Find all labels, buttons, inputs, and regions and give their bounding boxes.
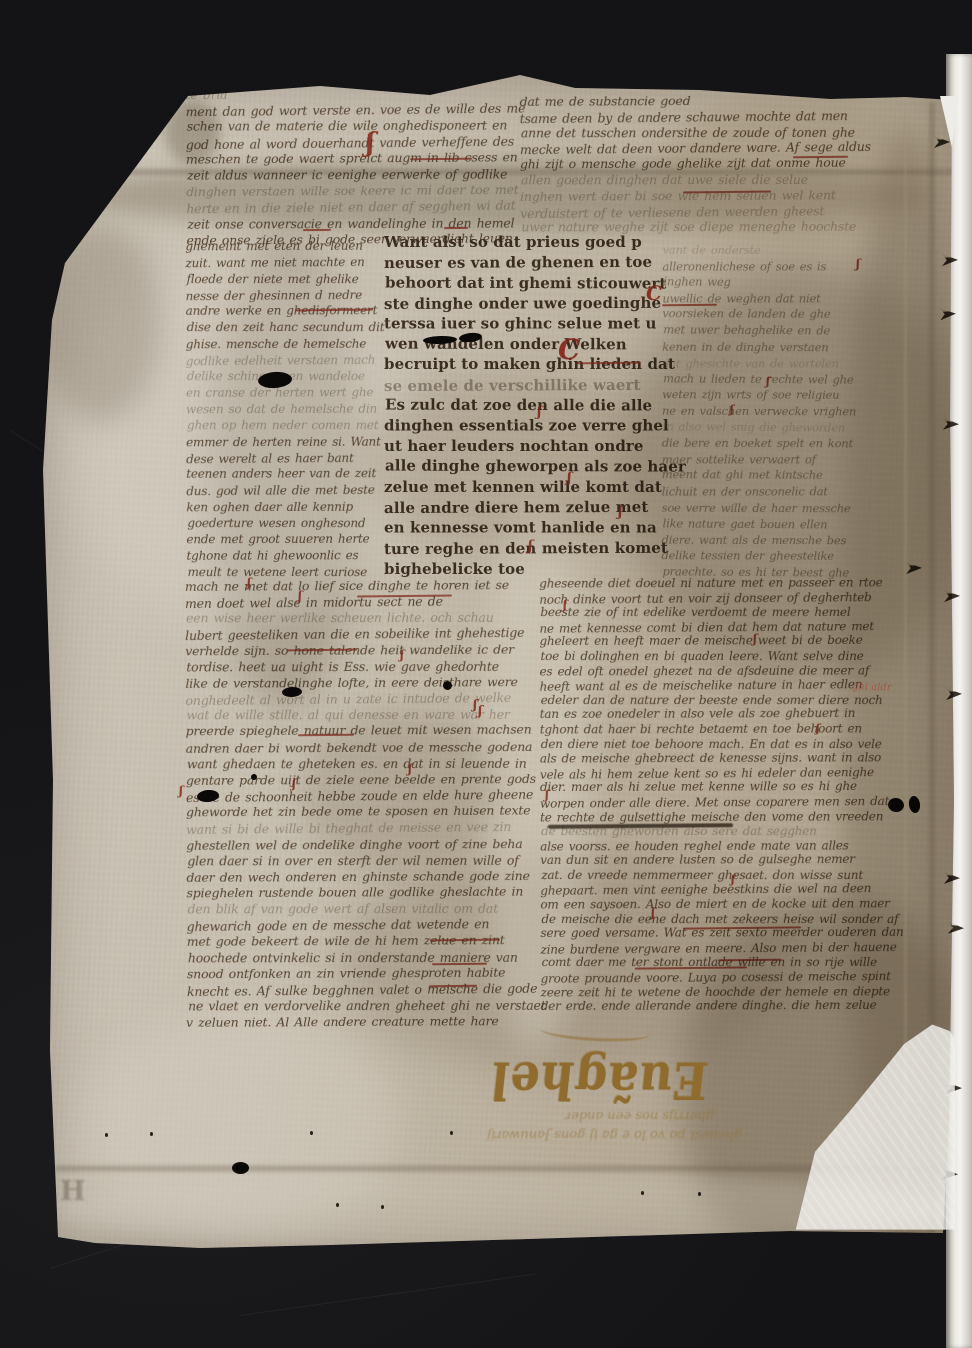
manuscript-line: ende met groot suueren herte bbox=[186, 531, 378, 548]
manuscript-line: es edel oft onedel ghezet na de afsdeuin… bbox=[540, 663, 860, 679]
manuscript-line: dise den zeit hanc secundum dit bbox=[187, 319, 379, 335]
manuscript-line: den blik af van gode wert af alsen vital… bbox=[188, 901, 510, 918]
manuscript-line: die bere en boeket spelt en kont bbox=[662, 435, 860, 452]
manuscript-line: zeit aldus wanneer ic eenighe eerwerke o… bbox=[187, 166, 505, 183]
manuscript-line: preerde spieghele natuur de leuet mit we… bbox=[186, 722, 508, 740]
manuscript-line: zuit. want me niet machte en bbox=[185, 254, 377, 272]
manuscript-line: glen daer si in over en sterft der wil n… bbox=[187, 852, 509, 869]
rubric-paraph-mark: ʃ bbox=[366, 130, 375, 156]
sewing-stitch bbox=[942, 254, 958, 266]
manuscript-line: als de meische ghebreect de kenesse sijn… bbox=[540, 751, 860, 767]
inscription-note-line: gheuest po vo lo e ga ij gons Januwarij bbox=[452, 1125, 742, 1144]
inscription-note-line: gherrijs nos een ander bbox=[452, 1106, 742, 1125]
rubric-paraph-mark: ʃ bbox=[567, 471, 572, 485]
text-block-mid-right-gloss: vant de onderstealleronenlichese of soe … bbox=[661, 242, 860, 581]
manuscript-line: snood ontfonken an zin vriende ghesprote… bbox=[187, 965, 509, 983]
manuscript-line: maer sottelike verwaert of bbox=[662, 452, 860, 468]
pricking-hole bbox=[105, 1133, 108, 1137]
manuscript-line: te rechte de gulsettighe meische den vom… bbox=[540, 809, 860, 825]
text-block-top-left-gloss: te briament dan god wort verste en. voe … bbox=[185, 85, 504, 249]
manuscript-line: dus. god wil alle die met beste bbox=[186, 482, 378, 500]
manuscript-line: ste dinghe onder uwe goedinghe bbox=[384, 293, 656, 315]
rubric-paraph-mark: ʃ bbox=[292, 778, 296, 790]
rubric-paraph-mark: ʃ bbox=[545, 789, 549, 801]
parchment-hole bbox=[887, 797, 905, 814]
manuscript-line: ne vlaet en verdorvelike andren gheheet … bbox=[188, 998, 510, 1015]
manuscript-line: dier. maer als hi zelue met kenne wille … bbox=[540, 779, 860, 795]
parchment-hole bbox=[232, 1162, 249, 1174]
rubric-paraph-mark: ʃ bbox=[651, 907, 655, 919]
manuscript-line: mach u lieden te rechte wel ghe bbox=[663, 370, 861, 387]
sewing-stitch bbox=[906, 562, 922, 574]
pricking-hole bbox=[381, 1205, 384, 1209]
manuscript-line: neuser es van de ghenen en toe bbox=[384, 252, 656, 274]
manuscript-line: like nature gaet bouen ellen bbox=[663, 515, 861, 532]
manuscript-line: gheseende diet doeuel ni nature met en p… bbox=[539, 575, 859, 591]
manuscript-line: worpen onder alle diere. Met onse copare… bbox=[540, 794, 860, 811]
manuscript-line: behoort dat int ghemi sticouwert bbox=[385, 272, 657, 293]
sewing-stitch bbox=[944, 872, 960, 884]
manuscript-line: tan es zoe onedeler in also vele als zoe… bbox=[540, 706, 860, 722]
sewing-stitch bbox=[943, 418, 959, 431]
manuscript-line: dinghen essentials zoe verre ghel bbox=[384, 415, 656, 435]
manuscript-line: toe bi dolinghen en bi quaden leere. Wan… bbox=[541, 649, 861, 664]
rubric-paraph-mark: ʃ bbox=[816, 723, 820, 734]
rubric-underline bbox=[444, 227, 468, 229]
manuscript-line: inghen weg bbox=[663, 274, 861, 291]
manuscript-line: soe verre wille de haer messche bbox=[662, 499, 860, 516]
manuscript-line: tsame deen by de andere schauwe mochte d… bbox=[520, 108, 868, 127]
rubric-paraph-mark: ʃ bbox=[563, 599, 567, 611]
rubric-initial: C bbox=[558, 336, 580, 364]
manuscript-line: alleronenlichese of soe es is bbox=[662, 258, 860, 274]
manuscript-line: allen goeden dinghen dat uwe siele die s… bbox=[521, 172, 869, 188]
manuscript-line: ut haer leuders nochtan ondre bbox=[384, 436, 656, 456]
rubric-paraph-mark: ʃ bbox=[618, 505, 623, 519]
text-block-low-right-gloss: gheseende diet doeuel ni nature met en p… bbox=[539, 575, 861, 1014]
manuscript-line: tghont dat haer bi rechte betaemt en toe… bbox=[540, 721, 860, 737]
manuscript-line: meent dat ghi met kintsche bbox=[662, 467, 860, 484]
manuscript-line: vant de onderste bbox=[663, 242, 861, 259]
inscription-notes: gheuest po vo lo e ga ij gons Januwarij … bbox=[452, 1094, 742, 1144]
manuscript-line: tordise. heet ua uight is Ess. wie gave … bbox=[186, 658, 508, 675]
manuscript-line: der erde. ende allerande andere dinghe. … bbox=[541, 998, 861, 1014]
manuscript-line: dat me de substancie goed bbox=[520, 92, 868, 110]
manuscript-line: wat de wille stille. al qui denesse en w… bbox=[187, 707, 509, 724]
rubric-underline bbox=[303, 229, 331, 231]
rubric-paraph-mark: ʃ bbox=[753, 633, 757, 645]
manuscript-line: v zeluen niet. Al Alle andere creature m… bbox=[186, 1013, 508, 1030]
manuscript-line: ken oghen daer alle kennip bbox=[186, 498, 378, 515]
manuscript-line: zeere zeit hi te wetene de hoochde der h… bbox=[541, 984, 861, 1000]
manuscript-line: in also wel snig die gheworden bbox=[663, 418, 861, 435]
rubric-paraph-mark: ʃ bbox=[400, 649, 404, 661]
manuscript-line: de meische die eene dach met zekeers hei… bbox=[541, 912, 861, 927]
pricking-hole bbox=[698, 1192, 701, 1196]
parchment-hole bbox=[251, 774, 257, 780]
manuscript-line: goederture wesen onghesond bbox=[187, 515, 379, 531]
manuscript-line: wesen so dat de hemelsche din bbox=[186, 401, 378, 418]
manuscript-line: heeft want al es de meischelike nature i… bbox=[540, 677, 860, 694]
rubric-paraph-mark: ʃ bbox=[730, 404, 734, 415]
manuscript-line: kenen in de dinghe verstaen bbox=[662, 338, 860, 355]
manuscript-line: tghone dat hi ghewoonlic es bbox=[186, 547, 378, 564]
manuscript-line: om een saysoen. Also de miert en de kock… bbox=[540, 897, 860, 913]
photo-backdrop: te briament dan god wort verste en. voe … bbox=[0, 0, 972, 1348]
manuscript-line: zelue met kennen wille komt dat bbox=[384, 477, 656, 497]
text-block-gospel-textura: Want alst so dat prieus goed pneuser es … bbox=[384, 232, 656, 579]
sewing-stitch bbox=[944, 590, 960, 602]
manuscript-line: van dun sit en andere lusten so de gulse… bbox=[540, 852, 860, 868]
parchment-hole bbox=[908, 795, 921, 813]
manuscript-line: alse voorss. ee houden reghel ende mate … bbox=[540, 838, 860, 854]
manuscript-line: met gode bekeert de wile de hi hem zelue… bbox=[187, 933, 509, 951]
rubric-paraph-mark: ʃ bbox=[179, 785, 183, 797]
manuscript-line: den diere niet toe behoore mach. En dat … bbox=[541, 737, 861, 752]
manuscript-line: alle andre diere hem zelue met bbox=[384, 497, 656, 519]
manuscript-line: dat ghesichte van de wortelen bbox=[662, 355, 860, 371]
manuscript-line: met uwer behaghelike en de bbox=[663, 322, 861, 339]
manuscript-line: ture reghe en den meisten komet bbox=[384, 538, 656, 560]
manuscript-line: gheleert en heeft maer de meische weet b… bbox=[539, 634, 859, 650]
corner-ink-mark: H bbox=[60, 1176, 84, 1207]
pricking-hole bbox=[641, 1191, 644, 1195]
manuscript-line: godlike edelheit verstaen mach bbox=[186, 352, 378, 370]
manuscript-line: groote prouande voore. Luya po cosessi d… bbox=[541, 969, 861, 986]
manuscript-line: floede der niete met ghelike bbox=[187, 271, 379, 287]
manuscript-line: ghen op hem neder comen met bbox=[187, 417, 379, 433]
sewing-stitch bbox=[948, 922, 964, 935]
text-block-top-right-gloss: dat me de substancie goedtsame deen by d… bbox=[520, 92, 869, 236]
manuscript-line: alle dinghe gheworpen als zoe haer bbox=[385, 456, 657, 477]
manuscript-line: delike tessien der gheestelike bbox=[661, 547, 859, 564]
red-marginal-note: ghi aldr bbox=[852, 681, 892, 693]
manuscript-line: Es zulc dat zoe den alle die alle bbox=[385, 395, 657, 416]
manuscript-line: andre werke en ghedisformeert bbox=[186, 303, 378, 320]
rubric-paraph-mark: ʃ bbox=[247, 577, 251, 589]
manuscript-line: diere. want als de mensche bes bbox=[662, 531, 860, 548]
text-block-low-left-gloss: mach ne met dat lo lief sice dinghe te h… bbox=[185, 577, 509, 1015]
manuscript-line: een wise heer werlike scheuen lichte. oc… bbox=[186, 610, 508, 627]
text-block-low-left-gloss-end: v zeluen niet. Al Alle andere creature m… bbox=[186, 1013, 508, 1030]
rubric-paraph-mark: ʃ bbox=[408, 763, 412, 775]
rubric-paraph-mark: ʃ bbox=[473, 699, 477, 712]
manuscript-line: emmer de herten reine si. Want bbox=[186, 433, 378, 450]
rubric-paraph-mark: ʃ bbox=[537, 405, 542, 419]
manuscript-line: want ghedaen te gheteken es. en dat in s… bbox=[187, 755, 509, 772]
rubric-paraph-mark: ʃ bbox=[856, 258, 860, 270]
manuscript-line: schen van de materie die wile onghedispo… bbox=[187, 118, 505, 135]
manuscript-line: becruipt to maken ghin lieden dat bbox=[384, 354, 656, 374]
rubric-paraph-mark: ʃ bbox=[478, 705, 482, 718]
sewing-stitch bbox=[946, 688, 962, 700]
manuscript-line: gheworde het zin bede ome te sposen en h… bbox=[186, 803, 508, 821]
manuscript-line: lichuit en der onsconelic dat bbox=[662, 484, 860, 500]
manuscript-line: voorsieken de landen de ghe bbox=[662, 306, 860, 323]
manuscript-line: weten zijn wrts of soe religieu bbox=[662, 386, 860, 403]
manuscript-line: spieghelen rustende bouen alle godlike g… bbox=[186, 884, 508, 902]
manuscript-line: like de verstandelinghe lofte, in eere d… bbox=[185, 674, 507, 692]
rubric-paraph-mark: ʃ bbox=[766, 376, 770, 387]
manuscript-line: inghen wert daer bi soe wie hem seluen w… bbox=[520, 187, 868, 205]
manuscript-line: teenen anders heer van de zeit bbox=[186, 466, 378, 483]
manuscript-line: ne en valschen verwecke vrighen bbox=[662, 403, 860, 420]
manuscript-line: wen wandelen onder Welken bbox=[385, 334, 657, 355]
rubric-paraph-mark: ʃ bbox=[298, 590, 302, 602]
pricking-hole bbox=[310, 1131, 313, 1135]
sewing-stitch bbox=[940, 308, 957, 321]
rubric-paraph-mark: ʃ bbox=[528, 539, 533, 553]
manuscript-line: terssa iuer so ghinc selue met u bbox=[384, 313, 656, 333]
rubric-initial: C bbox=[646, 283, 662, 303]
manuscript-line: se emele de verschillike waert bbox=[384, 375, 656, 397]
sewing-stitch bbox=[934, 136, 950, 148]
manuscript-line: andren daer bi wordt bekendt voe de mess… bbox=[186, 739, 508, 757]
manuscript-line: gentare parde uijt de ziele eene beelde … bbox=[186, 771, 508, 789]
manuscript-line: ghestellen wel de ondelike dinghe voort … bbox=[186, 836, 508, 854]
rubric-paraph-mark: ʃ bbox=[731, 874, 735, 885]
manuscript-line: edeler dan de nature der beeste ende som… bbox=[541, 693, 861, 708]
manuscript-line: zat. de vreede nemmermeer ghesaet. don w… bbox=[541, 868, 861, 883]
pricking-hole bbox=[150, 1132, 153, 1136]
manuscript-line: ghise. mensche de hemelsche bbox=[186, 335, 378, 352]
manuscript-line: ghemeint met eten der leuen bbox=[185, 238, 377, 255]
manuscript-line: Want alst so dat prieus goed p bbox=[384, 232, 656, 252]
parchment-hole bbox=[443, 681, 452, 690]
manuscript-line: beeste zie of int edelike verdoemt de me… bbox=[540, 605, 860, 620]
manuscript-line: en kennesse vomt hanlide en na bbox=[384, 517, 656, 537]
pricking-hole bbox=[336, 1203, 339, 1207]
text-block-mid-left-gloss: ghemeint met eten der leuenzuit. want me… bbox=[185, 238, 378, 581]
